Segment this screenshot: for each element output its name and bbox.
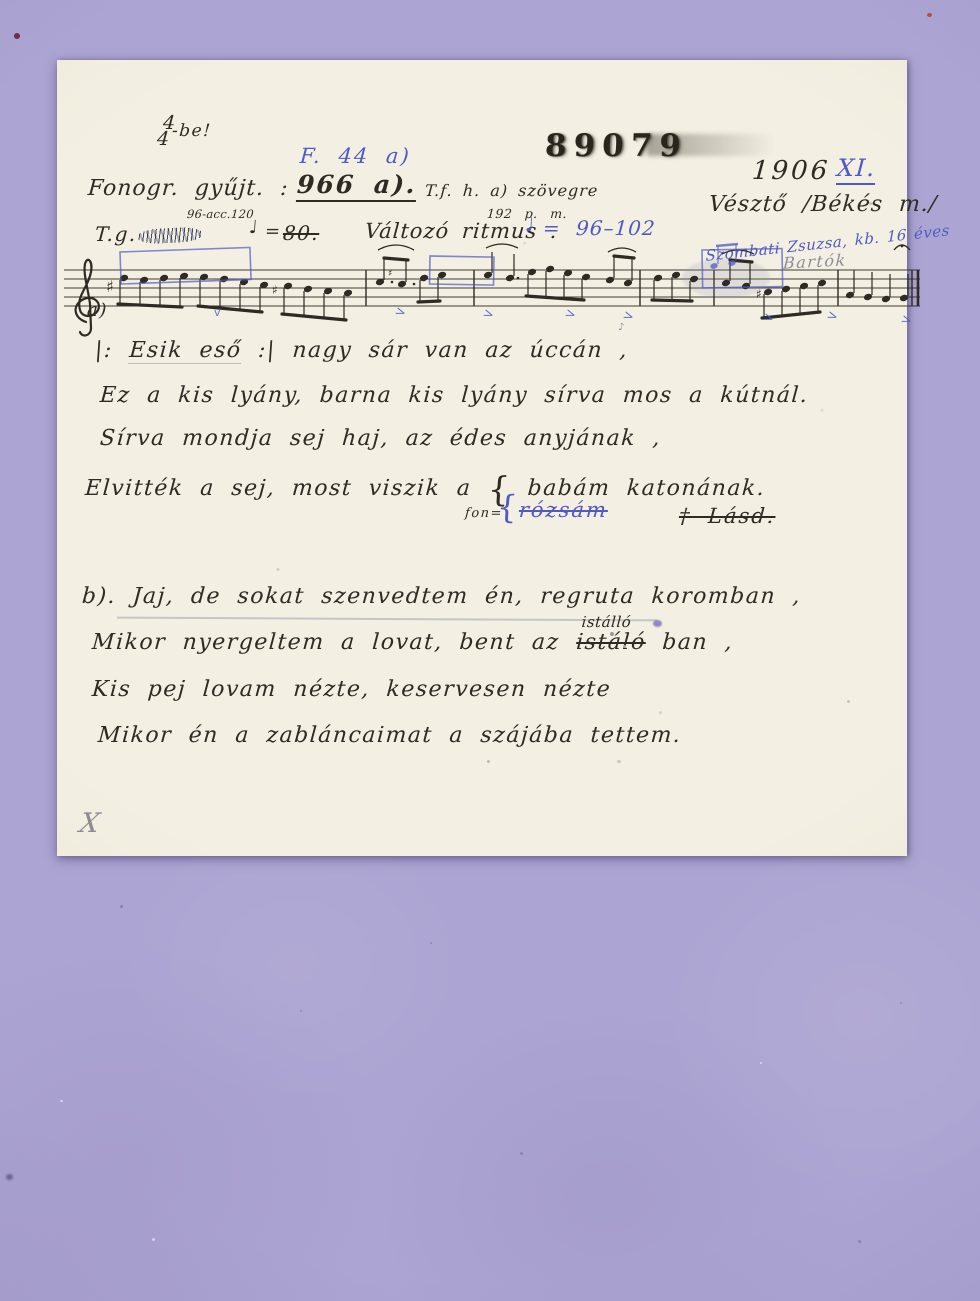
mat-blemish-red	[14, 33, 20, 39]
mat-speck	[152, 1238, 155, 1241]
verse-b-correction: istálló	[581, 613, 632, 631]
mat-speck	[900, 1002, 902, 1004]
svg-text:>: >	[899, 312, 914, 330]
verse-b-line-4: Mikor én a zabláncaimat a szájába tettem…	[97, 723, 682, 748]
verse-a-line-2: Ez a kis lyány, barna kis lyány sírva mo…	[99, 383, 809, 408]
mat-speck	[858, 1240, 861, 1243]
svg-text:v: v	[214, 306, 221, 319]
verse-b-line-3: Kis pej lovam nézte, keservesen nézte	[91, 677, 612, 702]
verse-b-line-2-pre: Mikor nyergeltem a lovat, bent az	[91, 630, 560, 655]
mat-speck	[120, 905, 123, 908]
svg-text:♯: ♯	[388, 269, 392, 279]
svg-text:>: >	[825, 308, 840, 326]
fon-brace: {	[496, 488, 521, 526]
date-year: 1906	[751, 156, 831, 186]
verse-a-line-1-rest: nagy sár van az úccán ,	[292, 338, 629, 363]
svg-text:♯: ♯	[756, 287, 762, 301]
ink-blot-violet	[653, 620, 662, 627]
ink-blot-gray	[623, 645, 626, 648]
mat-speck	[300, 1010, 302, 1012]
crossed-see-note: † Lásd.	[678, 504, 776, 528]
mat-speck	[760, 1062, 762, 1064]
paper-speck	[847, 700, 850, 703]
repeat-open: |:	[94, 338, 114, 363]
verse-b-line-1: b). Jaj, de sokat szenvedtem én, regruta…	[81, 584, 802, 609]
fon-variant-word: rózsám	[518, 498, 609, 522]
meter-bottom: 4	[156, 128, 171, 150]
blue-reference-number: F. 44 a)	[299, 144, 411, 168]
phonograph-number: 966 a).	[296, 170, 418, 202]
text-reference: T.f. h. a) szövegre	[424, 181, 599, 200]
staff-section-label: a)	[86, 300, 108, 321]
ink-blot-gray	[610, 632, 614, 636]
tempo-small: 96-acc.120	[187, 207, 255, 221]
mat-speck	[430, 942, 432, 944]
svg-text:♪: ♪	[618, 322, 624, 333]
mat-blemish-red	[927, 13, 932, 17]
faint-underline	[117, 617, 657, 621]
svg-text:♯: ♯	[272, 283, 278, 297]
place-name: Vésztő /Békés m./	[708, 192, 938, 217]
stamp-smear	[647, 134, 797, 156]
quarter-note-glyph: ♩	[248, 217, 259, 238]
paper-speck	[869, 202, 872, 205]
verse-a-line-1: |: Esik eső :| nagy sár van az úccán ,	[94, 338, 629, 363]
verse-a-line-4: Elvitték a sej, most viszik a { babám ka…	[84, 470, 767, 510]
repeat-close: :|	[257, 338, 277, 363]
verse-a-line-3: Sírva mondja sej haj, az édes anyjának ,	[99, 426, 662, 451]
svg-text:>: >	[481, 306, 496, 324]
mat-speck	[60, 1100, 63, 1102]
music-staff: ♯♯♯♯♪>>>>>>>v	[62, 236, 922, 340]
mat-speck	[520, 1152, 523, 1155]
manuscript-paper: 4 4 -be! F. 44 a) 89079 1906 XI. Vésztő …	[57, 60, 907, 856]
verse-b-line-2-post: ban ,	[661, 630, 734, 655]
mat-blemish-dark	[6, 1174, 13, 1180]
svg-text:>: >	[761, 310, 776, 328]
verse-a-line-1-underlined: Esik eső	[128, 338, 242, 364]
svg-text:♯: ♯	[106, 277, 114, 296]
paper-speck	[617, 760, 621, 763]
verse-b-line-2: Mikor nyergeltem a lovat, bent az istáló…	[91, 630, 734, 655]
phonograph-label: Fonogr. gyűjt. :	[87, 176, 289, 201]
svg-text:>: >	[563, 306, 578, 324]
paper-speck	[487, 760, 490, 763]
meter-suffix: -be!	[171, 121, 212, 141]
verse-a-line-4-main: Elvitték a sej, most viszik a	[84, 476, 472, 501]
blue-quarter-note-glyph: ♩	[524, 214, 536, 236]
pencil-x-mark: X	[77, 808, 103, 839]
date-month: XI.	[836, 154, 877, 185]
